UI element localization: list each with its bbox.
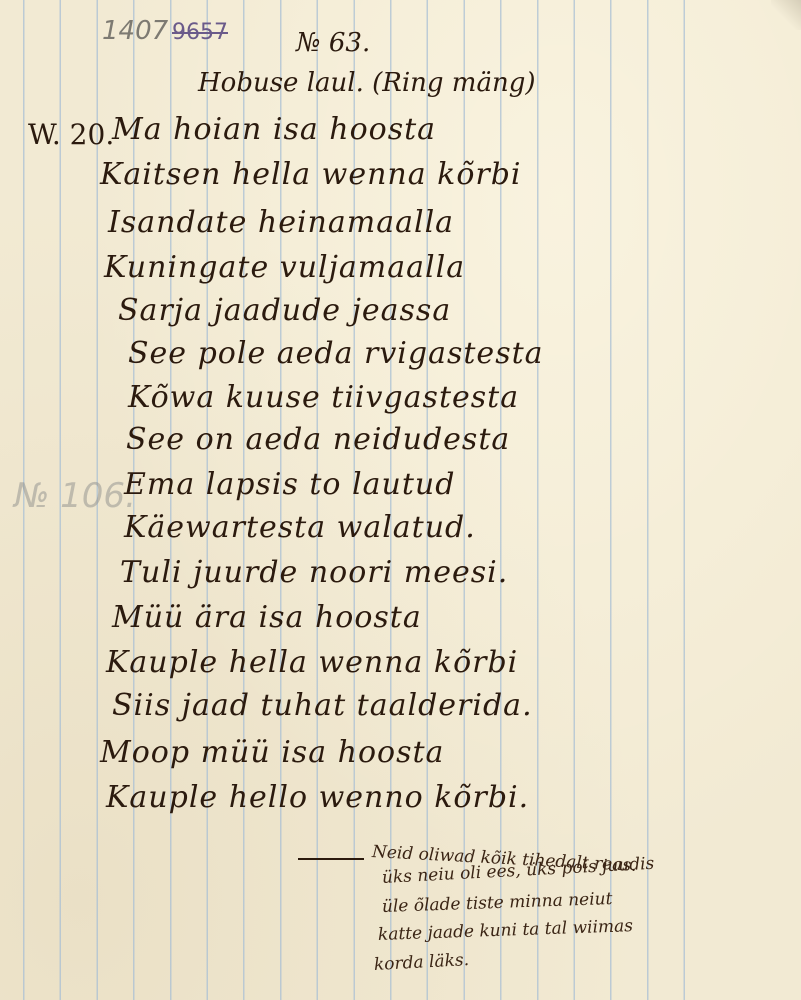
verse-line: Kuningate vuljamaalla [104, 250, 465, 285]
verse-line: Kauple hello wenno kõrbi. [106, 780, 529, 815]
archive-pencil-number: 1407 [102, 16, 168, 46]
verse-line: Ema lapsis to lautud [124, 467, 455, 502]
song-number: № 63. [296, 28, 370, 58]
verse-line: See on aeda neidudesta [126, 422, 510, 457]
archive-struck-number: 9657 [172, 20, 228, 45]
verse-line: Tuli juurde noori meesi. [120, 555, 508, 590]
verse-line: Moop müü isa hoosta [100, 735, 444, 770]
faint-margin-number: № 106. [14, 476, 136, 516]
verse-line: Ma hoian isa hoosta [112, 112, 436, 147]
manuscript-page: 1407 9657 № 63. Hobuse laul. (Ring mäng)… [0, 0, 801, 1000]
page-corner-shadow [771, 0, 801, 30]
footnote-dash [298, 858, 364, 860]
verse-line: Kõwa kuuse tiivgastesta [128, 380, 519, 415]
margin-label: W. 20. [28, 118, 114, 151]
verse-line: Kaitsen hella wenna kõrbi [100, 157, 522, 192]
song-title: Hobuse laul. (Ring mäng) [198, 68, 536, 98]
verse-line: Kauple hella wenna kõrbi [106, 645, 518, 680]
verse-line: Käewartesta walatud. [124, 510, 476, 545]
verse-line: Sarja jaadude jeassa [118, 293, 451, 328]
verse-line: Siis jaad tuhat taalderida. [112, 688, 533, 723]
verse-line: See pole aeda rvigastesta [128, 336, 544, 371]
verse-line: Müü ära isa hoosta [112, 600, 422, 635]
verse-line: Isandate heinamaalla [108, 205, 454, 240]
